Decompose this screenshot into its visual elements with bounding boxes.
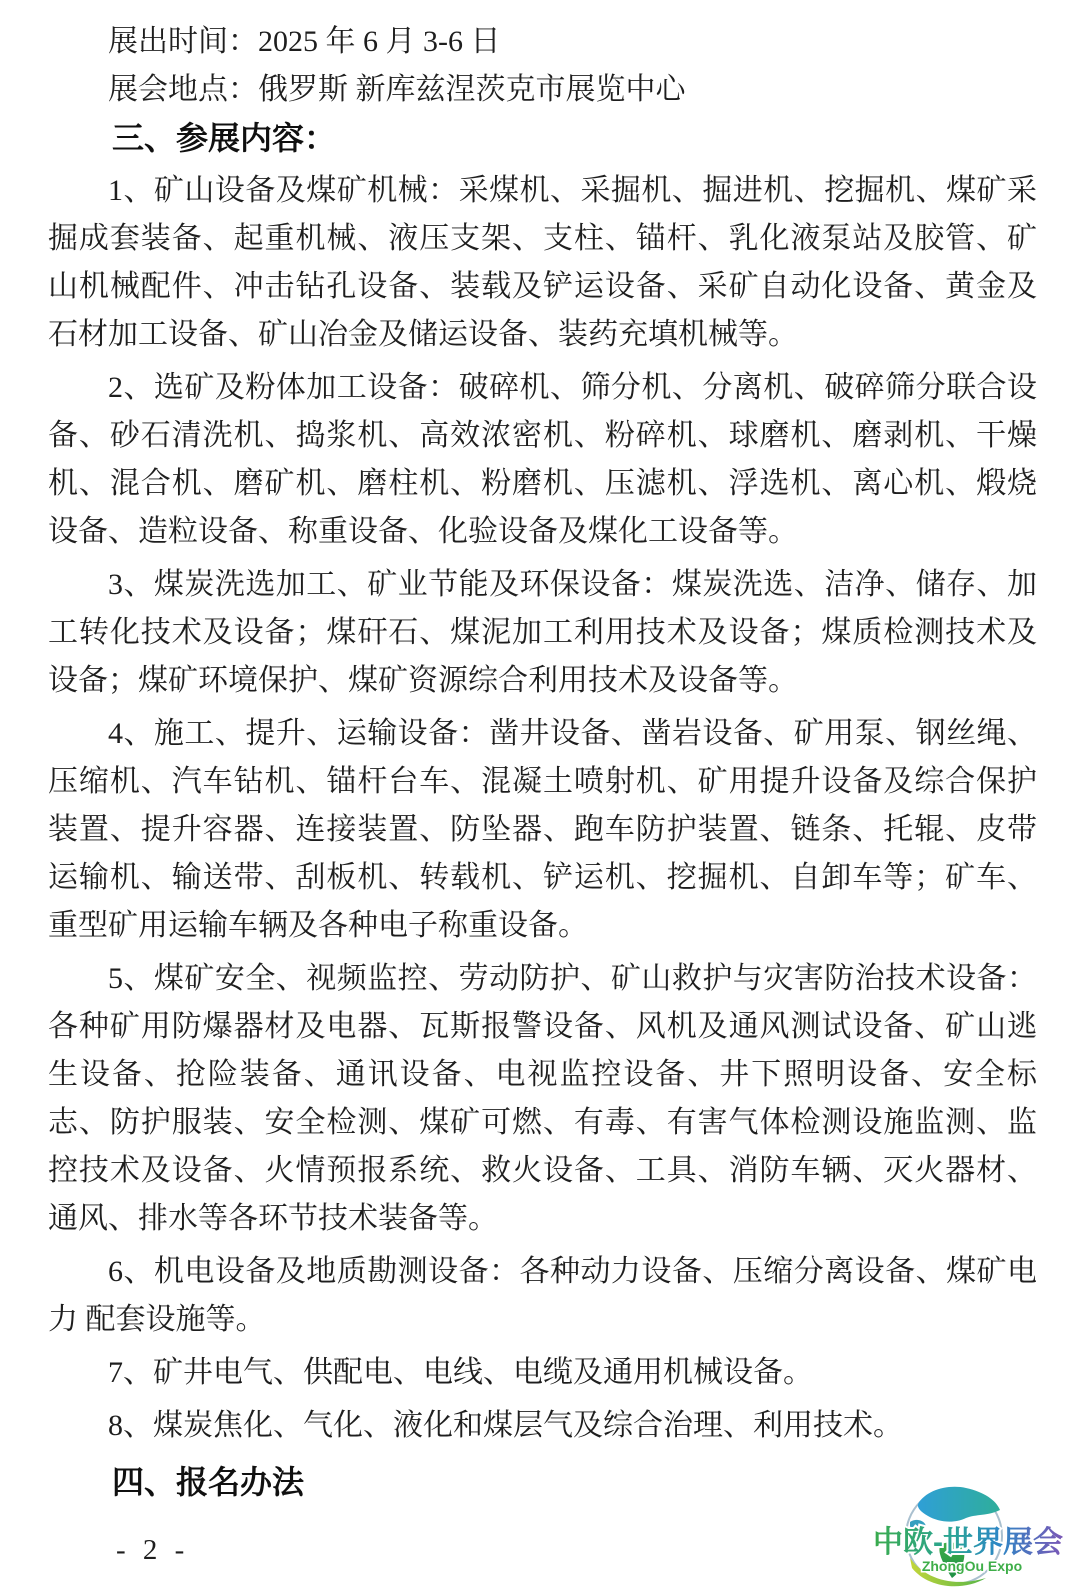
meta-line: 展会地点：俄罗斯 新库兹涅茨克市展览中心: [48, 66, 1037, 114]
page-number: - 2 -: [116, 1534, 189, 1567]
logo-title: 中欧-世界展会: [873, 1526, 1063, 1559]
content-paragraph: 7、矿井电气、供配电、电线、电缆及通用机械设备。: [48, 1349, 1037, 1397]
document-page: 展出时间：2025 年 6 月 3-6 日展会地点：俄罗斯 新库兹涅茨克市展览中…: [0, 0, 1080, 1591]
content-paragraph: 5、煤矿安全、视频监控、劳动防护、矿山救护与灾害防治技术设备：各种矿用防爆器材及…: [48, 955, 1037, 1243]
content-paragraph: 6、机电设备及地质勘测设备：各种动力设备、压缩分离设备、煤矿电力 配套设施等。: [48, 1248, 1037, 1344]
content-paragraph: 4、施工、提升、运输设备：凿井设备、凿岩设备、矿用泵、钢丝绳、压缩机、汽车钻机、…: [48, 710, 1037, 950]
document-body: 展出时间：2025 年 6 月 3-6 日展会地点：俄罗斯 新库兹涅茨克市展览中…: [48, 18, 1037, 1506]
content-paragraph: 3、煤炭洗选加工、矿业节能及环保设备：煤炭洗选、洁净、储存、加工转化技术及设备；…: [48, 561, 1037, 705]
content-paragraph: 1、矿山设备及煤矿机械：采煤机、采掘机、掘进机、挖掘机、煤矿采掘成套装备、起重机…: [48, 167, 1037, 359]
section-heading: 三、参展内容：: [48, 114, 1037, 162]
globe-icon: 中欧-世界展会 ZhongOu Expo: [858, 1468, 1080, 1591]
content-paragraph: 8、煤炭焦化、气化、液化和煤层气及综合治理、利用技术。: [48, 1402, 1037, 1450]
zhongou-expo-logo: 中欧-世界展会 ZhongOu Expo: [858, 1468, 1080, 1591]
content-paragraph: 2、选矿及粉体加工设备：破碎机、筛分机、分离机、破碎筛分联合设备、砂石清洗机、捣…: [48, 364, 1037, 556]
logo-subtitle: ZhongOu Expo: [922, 1558, 1022, 1574]
meta-line: 展出时间：2025 年 6 月 3-6 日: [48, 18, 1037, 66]
globe-north-land: [918, 1487, 1000, 1522]
